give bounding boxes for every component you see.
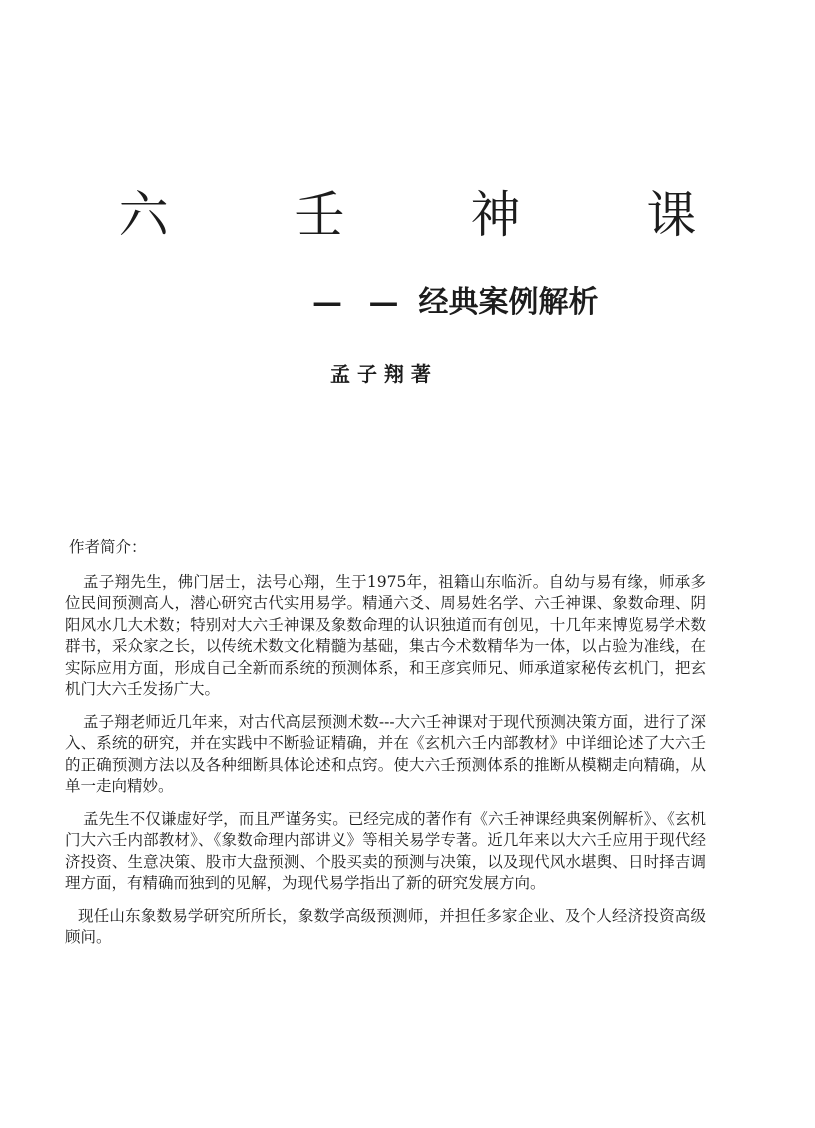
intro-paragraph: 孟子翔先生，佛门居士，法号心翔，生于1975年，祖籍山东临沂。自幼与易有缘，师承…: [65, 572, 706, 701]
intro-paragraph: 现任山东象数易学研究所所长，象数学高级预测师，并担任多家企业、及个人经济投资高级…: [65, 906, 706, 949]
document-page: 六 壬 神 课 — —经典案例解析 孟 子 翔 著 作者简介： 孟子翔先生，佛门…: [0, 0, 815, 1128]
intro-paragraph: 孟先生不仅谦虚好学，而且严谨务实。已经完成的著作有《六壬神课经典案例解析》、《玄…: [65, 809, 706, 895]
intro-heading: 作者简介：: [65, 537, 706, 559]
subtitle-text: 经典案例解析: [418, 285, 598, 320]
intro-paragraph: 孟子翔老师近几年来，对古代高层预测术数---大六壬神课对于现代预测决策方面，进行…: [65, 712, 706, 798]
author-byline: 孟 子 翔 著: [330, 363, 431, 385]
book-title: 六 壬 神 课: [0, 188, 815, 243]
author-introduction: 作者简介： 孟子翔先生，佛门居士，法号心翔，生于1975年，祖籍山东临沂。自幼与…: [65, 537, 706, 960]
subtitle-dashes: — —: [312, 285, 406, 320]
book-subtitle: — —经典案例解析: [312, 286, 598, 319]
